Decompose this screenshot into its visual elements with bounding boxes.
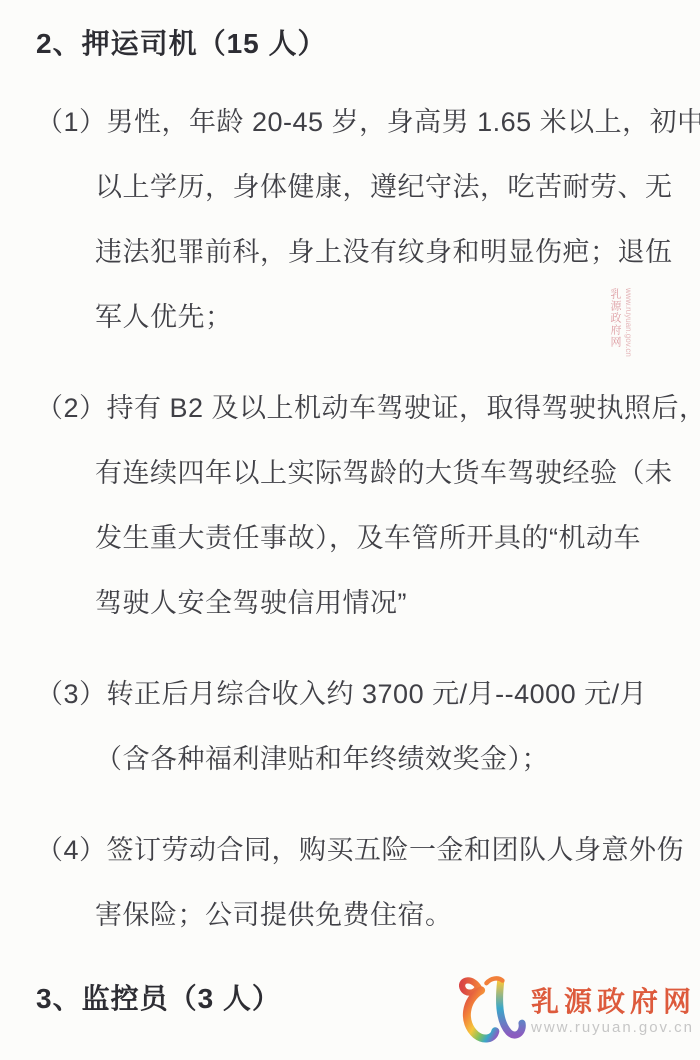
site-logo: 乳源政府网 www.ruyuan.gov.cn [453,969,696,1054]
paragraph-3: （3）转正后月综合收入约 3700 元/月--4000 元/月 （含各种福利津贴… [36,662,674,792]
logo-site-name: 乳源政府网 [531,986,696,1018]
paragraph-1-line: 违法犯罪前科，身上没有纹身和明显伤疤；退伍 [36,220,674,285]
paragraph-4: （4）签订劳动合同，购买五险一金和团队人身意外伤 害保险；公司提供免费住宿。 [36,818,674,948]
paragraph-1-line: （1）男性，年龄 20-45 岁，身高男 1.65 米以上，初中 [36,90,674,155]
scanned-document-page: 2、押运司机（15 人） （1）男性，年龄 20-45 岁，身高男 1.65 米… [0,0,700,1060]
paragraph-1: （1）男性，年龄 20-45 岁，身高男 1.65 米以上，初中 以上学历，身体… [36,90,674,350]
paragraph-1-line: 以上学历，身体健康，遵纪守法，吃苦耐劳、无 [36,155,674,220]
section-heading-escort-drivers: 2、押运司机（15 人） [36,24,674,64]
paragraph-1-line: 军人优先； [36,285,674,350]
paragraph-3-line: （3）转正后月综合收入约 3700 元/月--4000 元/月 [36,662,674,727]
paragraph-2-line: （2）持有 B2 及以上机动车驾驶证，取得驾驶执照后， [36,376,674,441]
paragraph-2-line: 发生重大责任事故），及车管所开具的“机动车 [36,506,674,571]
logo-site-url: www.ruyuan.gov.cn [531,1018,694,1038]
paragraph-2-line: 有连续四年以上实际驾龄的大货车驾驶经验（未 [36,441,674,506]
paragraph-2-line: 驾驶人安全驾驶信用情况” [36,571,674,636]
paragraph-2: （2）持有 B2 及以上机动车驾驶证，取得驾驶执照后， 有连续四年以上实际驾龄的… [36,376,674,636]
paragraph-4-line: 害保险；公司提供免费住宿。 [36,883,674,948]
paragraph-4-line: （4）签订劳动合同，购买五险一金和团队人身意外伤 [36,818,674,883]
paragraph-3-line: （含各种福利津贴和年终绩效奖金）； [36,727,674,792]
dragon-logo-icon [453,969,527,1054]
